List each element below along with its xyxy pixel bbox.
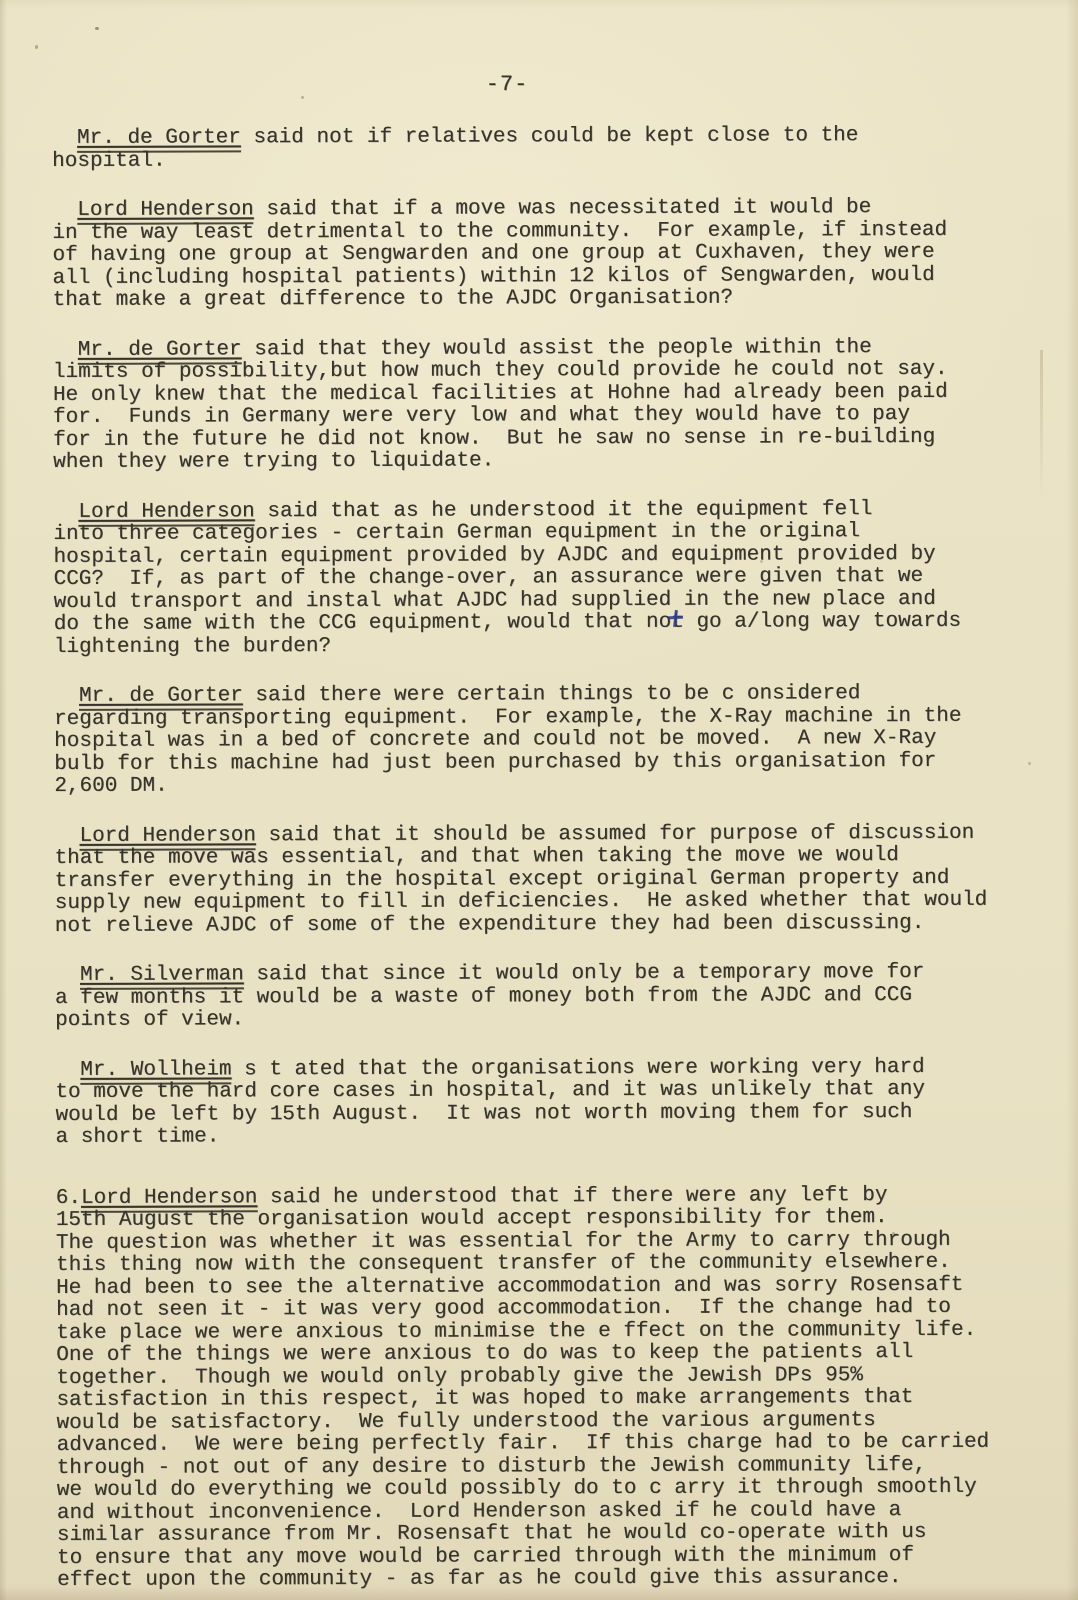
paper-speck bbox=[95, 27, 99, 30]
document-line: would be left by 15th August. It was not… bbox=[55, 1101, 1023, 1127]
page-number: -7- bbox=[0, 72, 1014, 97]
line-text: said that if a move was necessitated it … bbox=[254, 196, 872, 221]
paragraph: Mr. de Gorter said that they would assis… bbox=[53, 336, 1021, 474]
document-body: Mr. de Gorter said not if relatives coul… bbox=[52, 125, 1025, 1593]
document-line: satisfaction in this respect, it was hop… bbox=[56, 1387, 1024, 1413]
line-text: said there were certain things to be c o… bbox=[243, 682, 861, 707]
paper-speck bbox=[1028, 762, 1031, 765]
document-line: all (including hospital patients) within… bbox=[52, 264, 1020, 290]
document-line: One of the things we were anxious to do … bbox=[56, 1342, 1024, 1368]
document-line: not relieve AJDC of some of the expendit… bbox=[55, 912, 1023, 938]
line-text: said that as he understood it the equipm… bbox=[255, 498, 873, 523]
paragraph: Lord Henderson said that it should be as… bbox=[54, 822, 1022, 938]
document-line: a few months it would be a waste of mone… bbox=[55, 984, 1023, 1010]
line-text: said he understood that if there were an… bbox=[257, 1184, 887, 1209]
paragraph: Mr. de Gorter said not if relatives coul… bbox=[52, 125, 1020, 173]
paragraph: Mr. Silverman said that since it would o… bbox=[55, 962, 1023, 1033]
document-line: a short time. bbox=[55, 1124, 1023, 1150]
line-text: s t ated that the organisations were wor… bbox=[231, 1055, 924, 1080]
line-text: said not if relatives could be kept clos… bbox=[241, 124, 859, 149]
line-text: said that since it would only be a tempo… bbox=[244, 961, 925, 986]
document-line: bulb for this machine had just been purc… bbox=[54, 750, 1022, 776]
document-line: effect upon the community - as far as he… bbox=[57, 1567, 1025, 1593]
document-line: that make a great difference to the AJDC… bbox=[53, 287, 1021, 313]
paragraph: Lord Henderson said that if a move was n… bbox=[52, 197, 1020, 313]
paper-crease bbox=[1040, 350, 1043, 500]
paragraph: 6.Lord Henderson said he understood that… bbox=[56, 1184, 1025, 1592]
document-line: Mr. de Gorter said not if relatives coul… bbox=[52, 125, 1020, 151]
document-line: do the same with the CCG equipment, woul… bbox=[54, 611, 1022, 637]
paragraph: Mr. de Gorter said there were certain th… bbox=[54, 683, 1022, 799]
line-text: said that they would assist the people w… bbox=[242, 336, 872, 361]
paragraph-number: 6. bbox=[56, 1186, 81, 1209]
document-line: Lord Henderson said that as he understoo… bbox=[53, 498, 1021, 524]
document-line: 2,600 DM. bbox=[54, 773, 1022, 799]
document-line: lightening the burden? bbox=[54, 633, 1022, 659]
paragraph: Lord Henderson said that as he understoo… bbox=[53, 498, 1022, 659]
document-line: for in the future he did not know. But h… bbox=[53, 426, 1021, 452]
document-line: when they were trying to liquidate. bbox=[53, 449, 1021, 475]
document-line: points of view. bbox=[55, 1007, 1023, 1033]
paragraph: Mr. Wollheim s t ated that the organisat… bbox=[55, 1056, 1023, 1149]
paper-speck bbox=[35, 45, 38, 49]
document-page: -7- Mr. de Gorter said not if relatives … bbox=[0, 0, 1078, 1600]
line-text: said that it should be assumed for purpo… bbox=[256, 821, 974, 847]
